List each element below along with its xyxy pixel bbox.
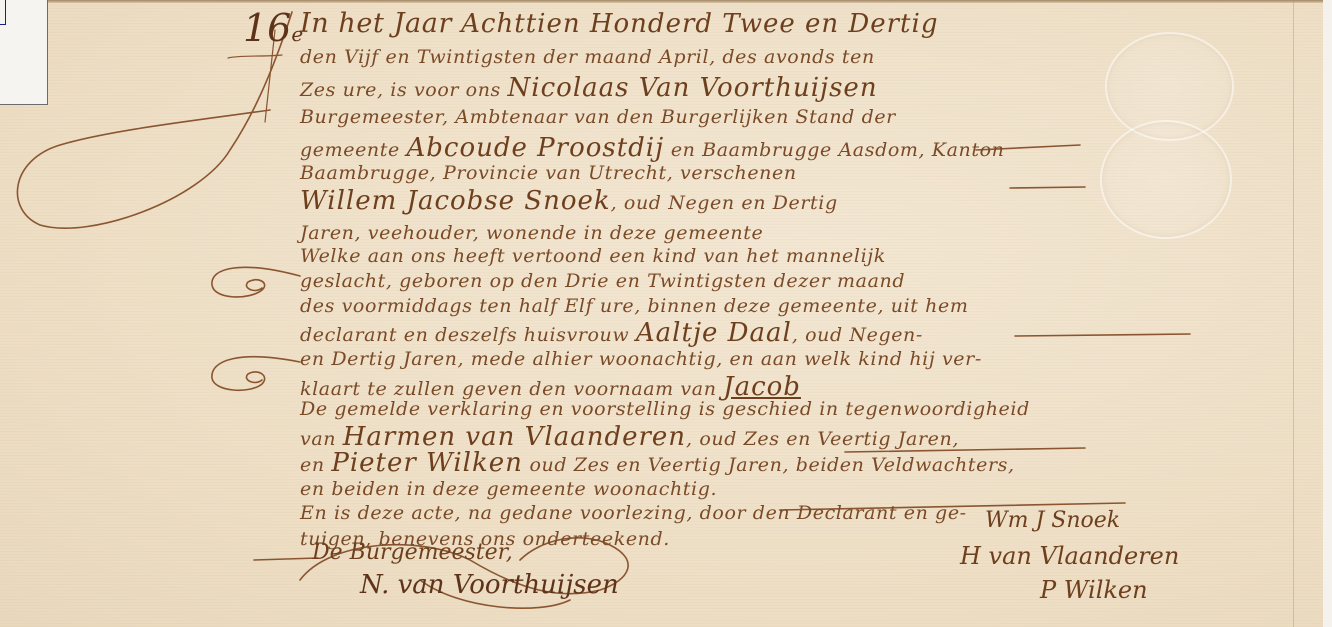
line-text: klaart te zullen geven den voornaam van bbox=[300, 378, 723, 400]
line-text: Welke aan ons heeft vertoond een kind va… bbox=[300, 245, 886, 267]
line-text: , oud Negen- bbox=[792, 324, 923, 346]
line-11: des voormiddags ten half Elf ure, binnen… bbox=[300, 295, 968, 317]
line-text: van bbox=[300, 428, 343, 450]
overlay-frame bbox=[0, 0, 6, 25]
mayor-name: Nicolaas Van Voorthuijsen bbox=[508, 73, 878, 103]
line-text: Burgemeester, Ambtenaar van den Burgerli… bbox=[300, 106, 896, 128]
line-3: Zes ure, is voor ons Nicolaas Van Voorth… bbox=[300, 73, 878, 103]
line-text: en beiden in deze gemeente woonachtig. bbox=[300, 478, 717, 500]
witness-1-signature: H van Vlaanderen bbox=[960, 542, 1179, 570]
line-text: De gemelde verklaring en voorstelling is… bbox=[300, 398, 1030, 420]
line-5: gemeente Abcoude Proostdij en Baambrugge… bbox=[300, 133, 1004, 163]
declarant-name: Willem Jacobse Snoek bbox=[300, 186, 611, 216]
line-text: en Dertig Jaren, mede alhier woonachtig,… bbox=[300, 348, 982, 370]
line-7: Willem Jacobse Snoek, oud Negen en Derti… bbox=[300, 186, 838, 216]
embossed-seal-icon bbox=[1100, 120, 1232, 239]
line-text: Baambrugge, Provincie van Utrecht, versc… bbox=[300, 162, 797, 184]
paper-top-edge bbox=[0, 0, 1332, 3]
mother-name: Aaltje Daal bbox=[636, 318, 792, 348]
margin-line bbox=[1293, 0, 1294, 627]
witness-2-signature: P Wilken bbox=[1040, 576, 1148, 604]
line-19: En is deze acte, na gedane voorlezing, d… bbox=[300, 502, 967, 524]
line-13: en Dertig Jaren, mede alhier woonachtig,… bbox=[300, 348, 982, 370]
record-number: 16e bbox=[243, 6, 303, 50]
witness-2-name: Pieter Wilken bbox=[331, 448, 523, 478]
line-text: en bbox=[300, 454, 331, 476]
line-text: Jaren, veehouder, wonende in deze gemeen… bbox=[300, 222, 763, 244]
year-text: Achttien Honderd Twee en Dertig bbox=[461, 9, 938, 39]
line-text: oud Zes en Veertig Jaren, beiden Veldwac… bbox=[523, 454, 1015, 476]
official-title: De Burgemeester, bbox=[312, 540, 513, 565]
line-9: Welke aan ons heeft vertoond een kind va… bbox=[300, 245, 886, 267]
line-text: In het Jaar bbox=[300, 8, 461, 39]
line-text: den Vijf en Twintigsten der maand April,… bbox=[300, 46, 875, 68]
line-text: , oud Zes en Veertig Jaren, bbox=[686, 428, 959, 450]
line-text: En is deze acte, na gedane voorlezing, d… bbox=[300, 502, 967, 524]
scan-edge bbox=[1323, 0, 1332, 627]
overlay-box bbox=[0, 0, 48, 105]
line-17: en Pieter Wilken oud Zes en Veertig Jare… bbox=[300, 448, 1015, 478]
line-text: en Baambrugge Aasdom, Kanton bbox=[664, 139, 1004, 161]
line-text: , oud Negen en Dertig bbox=[611, 192, 838, 214]
declarant-signature: Wm J Snoek bbox=[985, 508, 1120, 533]
line-4: Burgemeester, Ambtenaar van den Burgerli… bbox=[300, 106, 896, 128]
line-18: en beiden in deze gemeente woonachtig. bbox=[300, 478, 717, 500]
line-text: gemeente bbox=[300, 139, 406, 161]
record-number-value: 16 bbox=[243, 6, 291, 50]
line-2: den Vijf en Twintigsten der maand April,… bbox=[300, 46, 875, 68]
line-1: In het Jaar Achttien Honderd Twee en Der… bbox=[300, 8, 938, 39]
line-8: Jaren, veehouder, wonende in deze gemeen… bbox=[300, 222, 763, 244]
line-6: Baambrugge, Provincie van Utrecht, versc… bbox=[300, 162, 797, 184]
line-text: declarant en deszelfs huisvrouw bbox=[300, 324, 636, 346]
line-text: geslacht, geboren op den Drie en Twintig… bbox=[300, 270, 905, 292]
municipality-name: Abcoude Proostdij bbox=[406, 133, 664, 163]
line-text: des voormiddags ten half Elf ure, binnen… bbox=[300, 295, 968, 317]
line-12: declarant en deszelfs huisvrouw Aaltje D… bbox=[300, 318, 923, 348]
mayor-signature: N. van Voorthuijsen bbox=[360, 570, 619, 600]
line-10: geslacht, geboren op den Drie en Twintig… bbox=[300, 270, 905, 292]
line-text: Zes ure, is voor ons bbox=[300, 79, 508, 101]
line-15: De gemelde verklaring en voorstelling is… bbox=[300, 398, 1030, 420]
